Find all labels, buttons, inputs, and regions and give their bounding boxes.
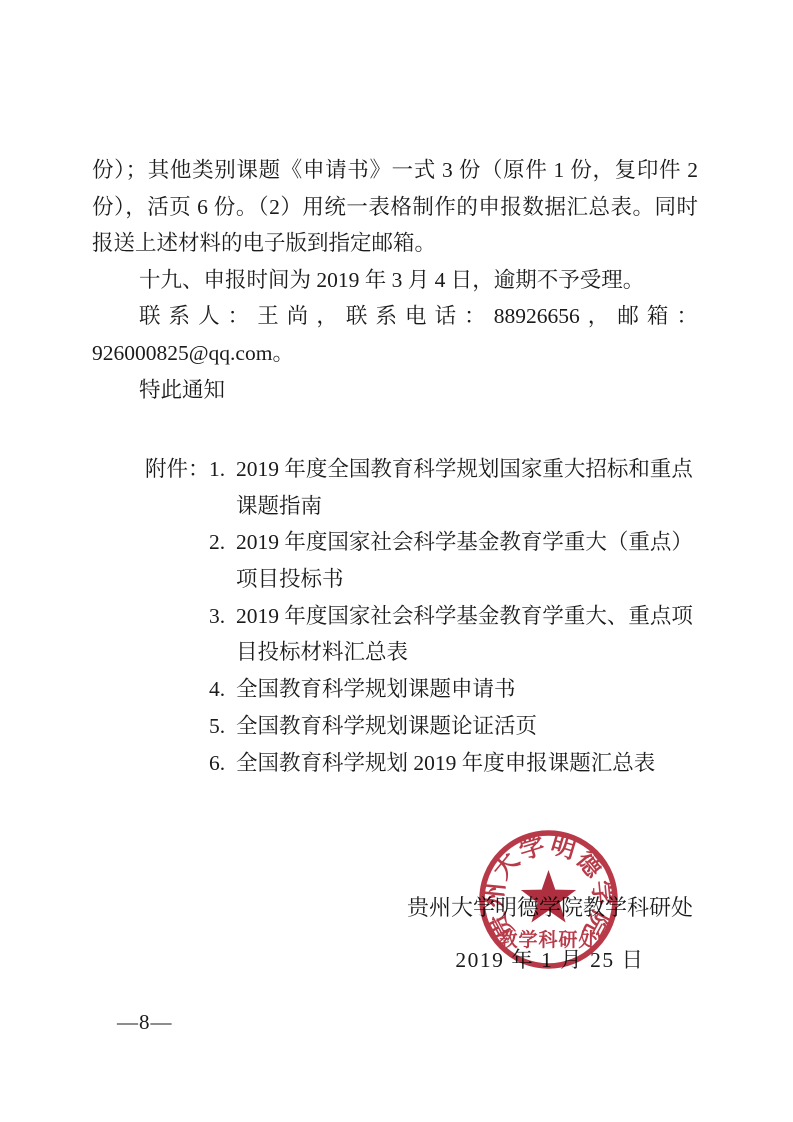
attachment-item-line: 3.2019 年度国家社会科学基金教育学重大、重点项 (209, 598, 700, 635)
attachment-item-line: 6.全国教育科学规划 2019 年度申报课题汇总表 (209, 745, 700, 782)
attachment-item-line: 5.全国教育科学规划课题论证活页 (209, 708, 700, 745)
document-page: 份）；其他类别课题《申请书》一式 3 份（原件 1 份，复印件 2 份），活页 … (0, 0, 793, 1122)
body-line: 份）；其他类别课题《申请书》一式 3 份（原件 1 份，复印件 2 (92, 152, 698, 189)
attachment-item-line: 项目投标书 (209, 561, 700, 598)
notice-body: 份）；其他类别课题《申请书》一式 3 份（原件 1 份，复印件 2 份），活页 … (92, 152, 698, 408)
attachment-item-line: 目投标材料汇总表 (209, 634, 700, 671)
attachment-item-text: 2019 年度国家社会科学基金教育学重大、重点项 (236, 604, 693, 628)
page-number: —8— (117, 1010, 173, 1035)
attachment-item-number: 3. (209, 598, 236, 635)
body-line: 十九、申报时间为 2019 年 3 月 4 日，逾期不予受理。 (92, 262, 698, 299)
attachment-item-number: 2. (209, 524, 236, 561)
official-seal-stamp: 贵州大学明德学院 教学科研处 (478, 829, 619, 970)
attachment-item-text: 2019 年度国家社会科学基金教育学重大（重点） (236, 530, 693, 554)
attachment-item-line: 2.2019 年度国家社会科学基金教育学重大（重点） (209, 524, 700, 561)
attachment-item-number: 1. (209, 451, 236, 488)
seal-star-icon (521, 870, 576, 923)
body-line: 特此通知 (92, 372, 698, 409)
attachment-item-text: 2019 年度全国教育科学规划国家重大招标和重点 (236, 457, 693, 481)
body-line: 报送上述材料的电子版到指定邮箱。 (92, 225, 698, 262)
body-line: 联系人：王尚，联系电话：88926656，邮箱： (92, 298, 698, 335)
attachment-item-number: 6. (209, 745, 236, 782)
attachments-list: 1.2019 年度全国教育科学规划国家重大招标和重点 课题指南 2.2019 年… (209, 451, 700, 781)
attachments-label: 附件： (145, 451, 210, 488)
attachment-item-line: 课题指南 (209, 488, 700, 525)
attachment-item-line: 4.全国教育科学规划课题申请书 (209, 671, 700, 708)
attachment-item-text: 全国教育科学规划 2019 年度申报课题汇总表 (236, 751, 655, 775)
attachment-item-text: 全国教育科学规划课题论证活页 (236, 714, 537, 738)
attachment-item-number: 4. (209, 671, 236, 708)
attachment-item-line: 1.2019 年度全国教育科学规划国家重大招标和重点 (209, 451, 700, 488)
seal-bottom-text: 教学科研处 (498, 928, 598, 951)
attachment-item-number: 5. (209, 708, 236, 745)
body-line: 份），活页 6 份。（2）用统一表格制作的申报数据汇总表。同时 (92, 189, 698, 226)
attachment-item-text: 全国教育科学规划课题申请书 (236, 677, 516, 701)
body-line: 926000825@qq.com。 (92, 335, 698, 372)
